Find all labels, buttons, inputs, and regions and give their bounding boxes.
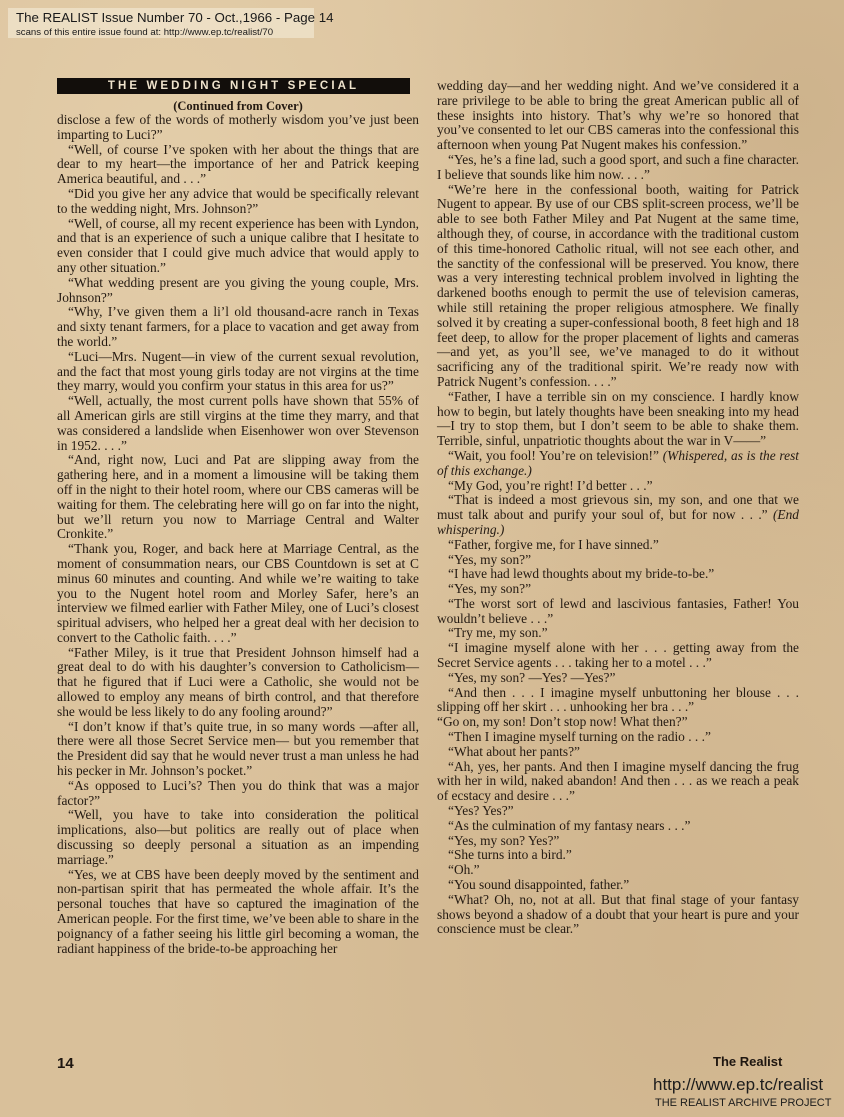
- paragraph: “Why, I’ve given them a li’l old thousan…: [57, 305, 419, 349]
- paragraph: “I imagine myself alone with her . . . g…: [437, 641, 799, 671]
- paragraph: “Yes, my son? —Yes? —Yes?”: [437, 671, 799, 686]
- paragraph-text: “Wait, you fool! You’re on television!”: [448, 448, 659, 463]
- paragraph-text: “Well, of course I’ve spoken with her ab…: [57, 142, 419, 187]
- paragraph: “Father, forgive me, for I have sinned.”: [437, 538, 799, 553]
- paragraph: “Oh.”: [437, 863, 799, 878]
- paragraph: “Wait, you fool! You’re on television!” …: [437, 449, 799, 479]
- paragraph: “Did you give her any advice that would …: [57, 187, 419, 217]
- paragraph-text: “Yes, we at CBS have been deeply moved b…: [57, 867, 419, 956]
- paragraph-text: “Ah, yes, her pants. And then I imagine …: [437, 759, 799, 804]
- scan-header-title: The REALIST Issue Number 70 - Oct.,1966 …: [16, 10, 334, 25]
- paragraph-text: “Father, I have a terrible sin on my con…: [437, 389, 799, 448]
- paragraph-text: “I have had lewd thoughts about my bride…: [448, 566, 714, 581]
- paragraph: wedding day—and her wedding night. And w…: [437, 79, 799, 153]
- paragraph: “We’re here in the confessional booth, w…: [437, 183, 799, 390]
- paragraph: “Yes, my son?”: [437, 553, 799, 568]
- paragraph: “Well, of course I’ve spoken with her ab…: [57, 143, 419, 187]
- paragraph: “What wedding present are you giving the…: [57, 276, 419, 306]
- paragraph-text: “Well, of course, all my recent experien…: [57, 216, 419, 275]
- paragraph: “Father, I have a terrible sin on my con…: [437, 390, 799, 449]
- paragraph-text: “Oh.”: [448, 862, 480, 877]
- paragraph-text: “You sound disappointed, father.”: [448, 877, 629, 892]
- paragraph: “Well, actually, the most current polls …: [57, 394, 419, 453]
- paragraph: “My God, you’re right! I’d better . . .”: [437, 479, 799, 494]
- paragraph-text: “Try me, my son.”: [448, 625, 548, 640]
- paragraph: “I don’t know if that’s quite true, in s…: [57, 720, 419, 779]
- paragraph: “Ah, yes, her pants. And then I imagine …: [437, 760, 799, 804]
- paragraph-text: “Father, forgive me, for I have sinned.”: [448, 537, 659, 552]
- paragraph-text: “Did you give her any advice that would …: [57, 186, 419, 216]
- paragraph: “Then I imagine myself turning on the ra…: [437, 730, 799, 745]
- article-banner: THE WEDDING NIGHT SPECIAL: [57, 78, 410, 94]
- paragraph: “Yes, he’s a fine lad, such a good sport…: [437, 153, 799, 183]
- paragraph: “Yes, my son?”: [437, 582, 799, 597]
- paragraph-text: “Yes, he’s a fine lad, such a good sport…: [437, 152, 799, 182]
- paragraph-text: “Yes, my son? Yes?”: [448, 833, 559, 848]
- paragraph-text: “Father Miley, is it true that President…: [57, 645, 419, 719]
- paragraph-text: “My God, you’re right! I’d better . . .”: [448, 478, 653, 493]
- publication-signature: The Realist: [713, 1054, 782, 1069]
- paragraph: “As the culmination of my fantasy nears …: [437, 819, 799, 834]
- paragraph-text: “As opposed to Luci’s? Then you do think…: [57, 778, 419, 808]
- paragraph: “What about her pants?”: [437, 745, 799, 760]
- paragraph: “As opposed to Luci’s? Then you do think…: [57, 779, 419, 809]
- paragraph: “And then . . . I imagine myself unbutto…: [437, 686, 799, 716]
- paragraph: “Yes, my son? Yes?”: [437, 834, 799, 849]
- paragraph-text: “Yes? Yes?”: [448, 803, 514, 818]
- paragraph: “Yes, we at CBS have been deeply moved b…: [57, 868, 419, 957]
- paragraph-text: “I imagine myself alone with her . . . g…: [437, 640, 799, 670]
- paragraph-text: disclose a few of the words of motherly …: [57, 112, 419, 142]
- paragraph: “Thank you, Roger, and back here at Marr…: [57, 542, 419, 646]
- paragraph: disclose a few of the words of motherly …: [57, 113, 419, 143]
- paragraph-text: “What wedding present are you giving the…: [57, 275, 419, 305]
- paragraph-text: “What? Oh, no, not at all. But that fina…: [437, 892, 799, 937]
- paragraph: “Well, of course, all my recent experien…: [57, 217, 419, 276]
- paragraph-text: “Go on, my son! Don’t stop now! What the…: [437, 714, 688, 729]
- paragraph-text: “Yes, my son?”: [448, 581, 531, 596]
- paragraph: “Father Miley, is it true that President…: [57, 646, 419, 720]
- paragraph-text: “Luci—Mrs. Nugent—in view of the current…: [57, 349, 419, 394]
- paragraph-text: “Thank you, Roger, and back here at Marr…: [57, 541, 419, 645]
- paragraph: “And, right now, Luci and Pat are slippi…: [57, 453, 419, 542]
- paragraph: “That is indeed a most grievous sin, my …: [437, 493, 799, 537]
- paragraph-text: “That is indeed a most grievous sin, my …: [437, 492, 799, 522]
- paragraph-text: wedding day—and her wedding night. And w…: [437, 78, 799, 152]
- paragraph-text: “Why, I’ve given them a li’l old thousan…: [57, 304, 419, 349]
- scan-header-source: scans of this entire issue found at: htt…: [16, 27, 273, 38]
- archive-project-name: THE REALIST ARCHIVE PROJECT: [655, 1097, 831, 1109]
- archive-url-link[interactable]: http://www.ep.tc/realist: [653, 1075, 823, 1095]
- paragraph-text: “The worst sort of lewd and lascivious f…: [437, 596, 799, 626]
- paragraph-text: “I don’t know if that’s quite true, in s…: [57, 719, 419, 778]
- scan-header: The REALIST Issue Number 70 - Oct.,1966 …: [8, 8, 314, 38]
- paragraph: “Go on, my son! Don’t stop now! What the…: [437, 715, 799, 730]
- paragraph-text: “We’re here in the confessional booth, w…: [437, 182, 799, 389]
- paragraph: “Yes? Yes?”: [437, 804, 799, 819]
- paragraph-text: “Well, actually, the most current polls …: [57, 393, 419, 452]
- paragraph-text: “And, right now, Luci and Pat are slippi…: [57, 452, 419, 541]
- paragraph: “Luci—Mrs. Nugent—in view of the current…: [57, 350, 419, 394]
- paragraph-text: “And then . . . I imagine myself unbutto…: [437, 685, 799, 715]
- paragraph: “What? Oh, no, not at all. But that fina…: [437, 893, 799, 937]
- paragraph-text: “She turns into a bird.”: [448, 847, 572, 862]
- paragraph: “Try me, my son.”: [437, 626, 799, 641]
- paragraph: “The worst sort of lewd and lascivious f…: [437, 597, 799, 627]
- paragraph-text: “Then I imagine myself turning on the ra…: [448, 729, 711, 744]
- left-column: disclose a few of the words of motherly …: [57, 113, 419, 956]
- paragraph-text: “Well, you have to take into considerati…: [57, 807, 419, 866]
- paragraph: “Well, you have to take into considerati…: [57, 808, 419, 867]
- right-column: wedding day—and her wedding night. And w…: [437, 79, 799, 937]
- page-number: 14: [57, 1055, 74, 1072]
- paragraph-text: “Yes, my son?”: [448, 552, 531, 567]
- paragraph: “You sound disappointed, father.”: [437, 878, 799, 893]
- paragraph-text: “Yes, my son? —Yes? —Yes?”: [448, 670, 615, 685]
- paragraph: “I have had lewd thoughts about my bride…: [437, 567, 799, 582]
- paragraph-text: “As the culmination of my fantasy nears …: [448, 818, 690, 833]
- paragraph-text: “What about her pants?”: [448, 744, 580, 759]
- paragraph: “She turns into a bird.”: [437, 848, 799, 863]
